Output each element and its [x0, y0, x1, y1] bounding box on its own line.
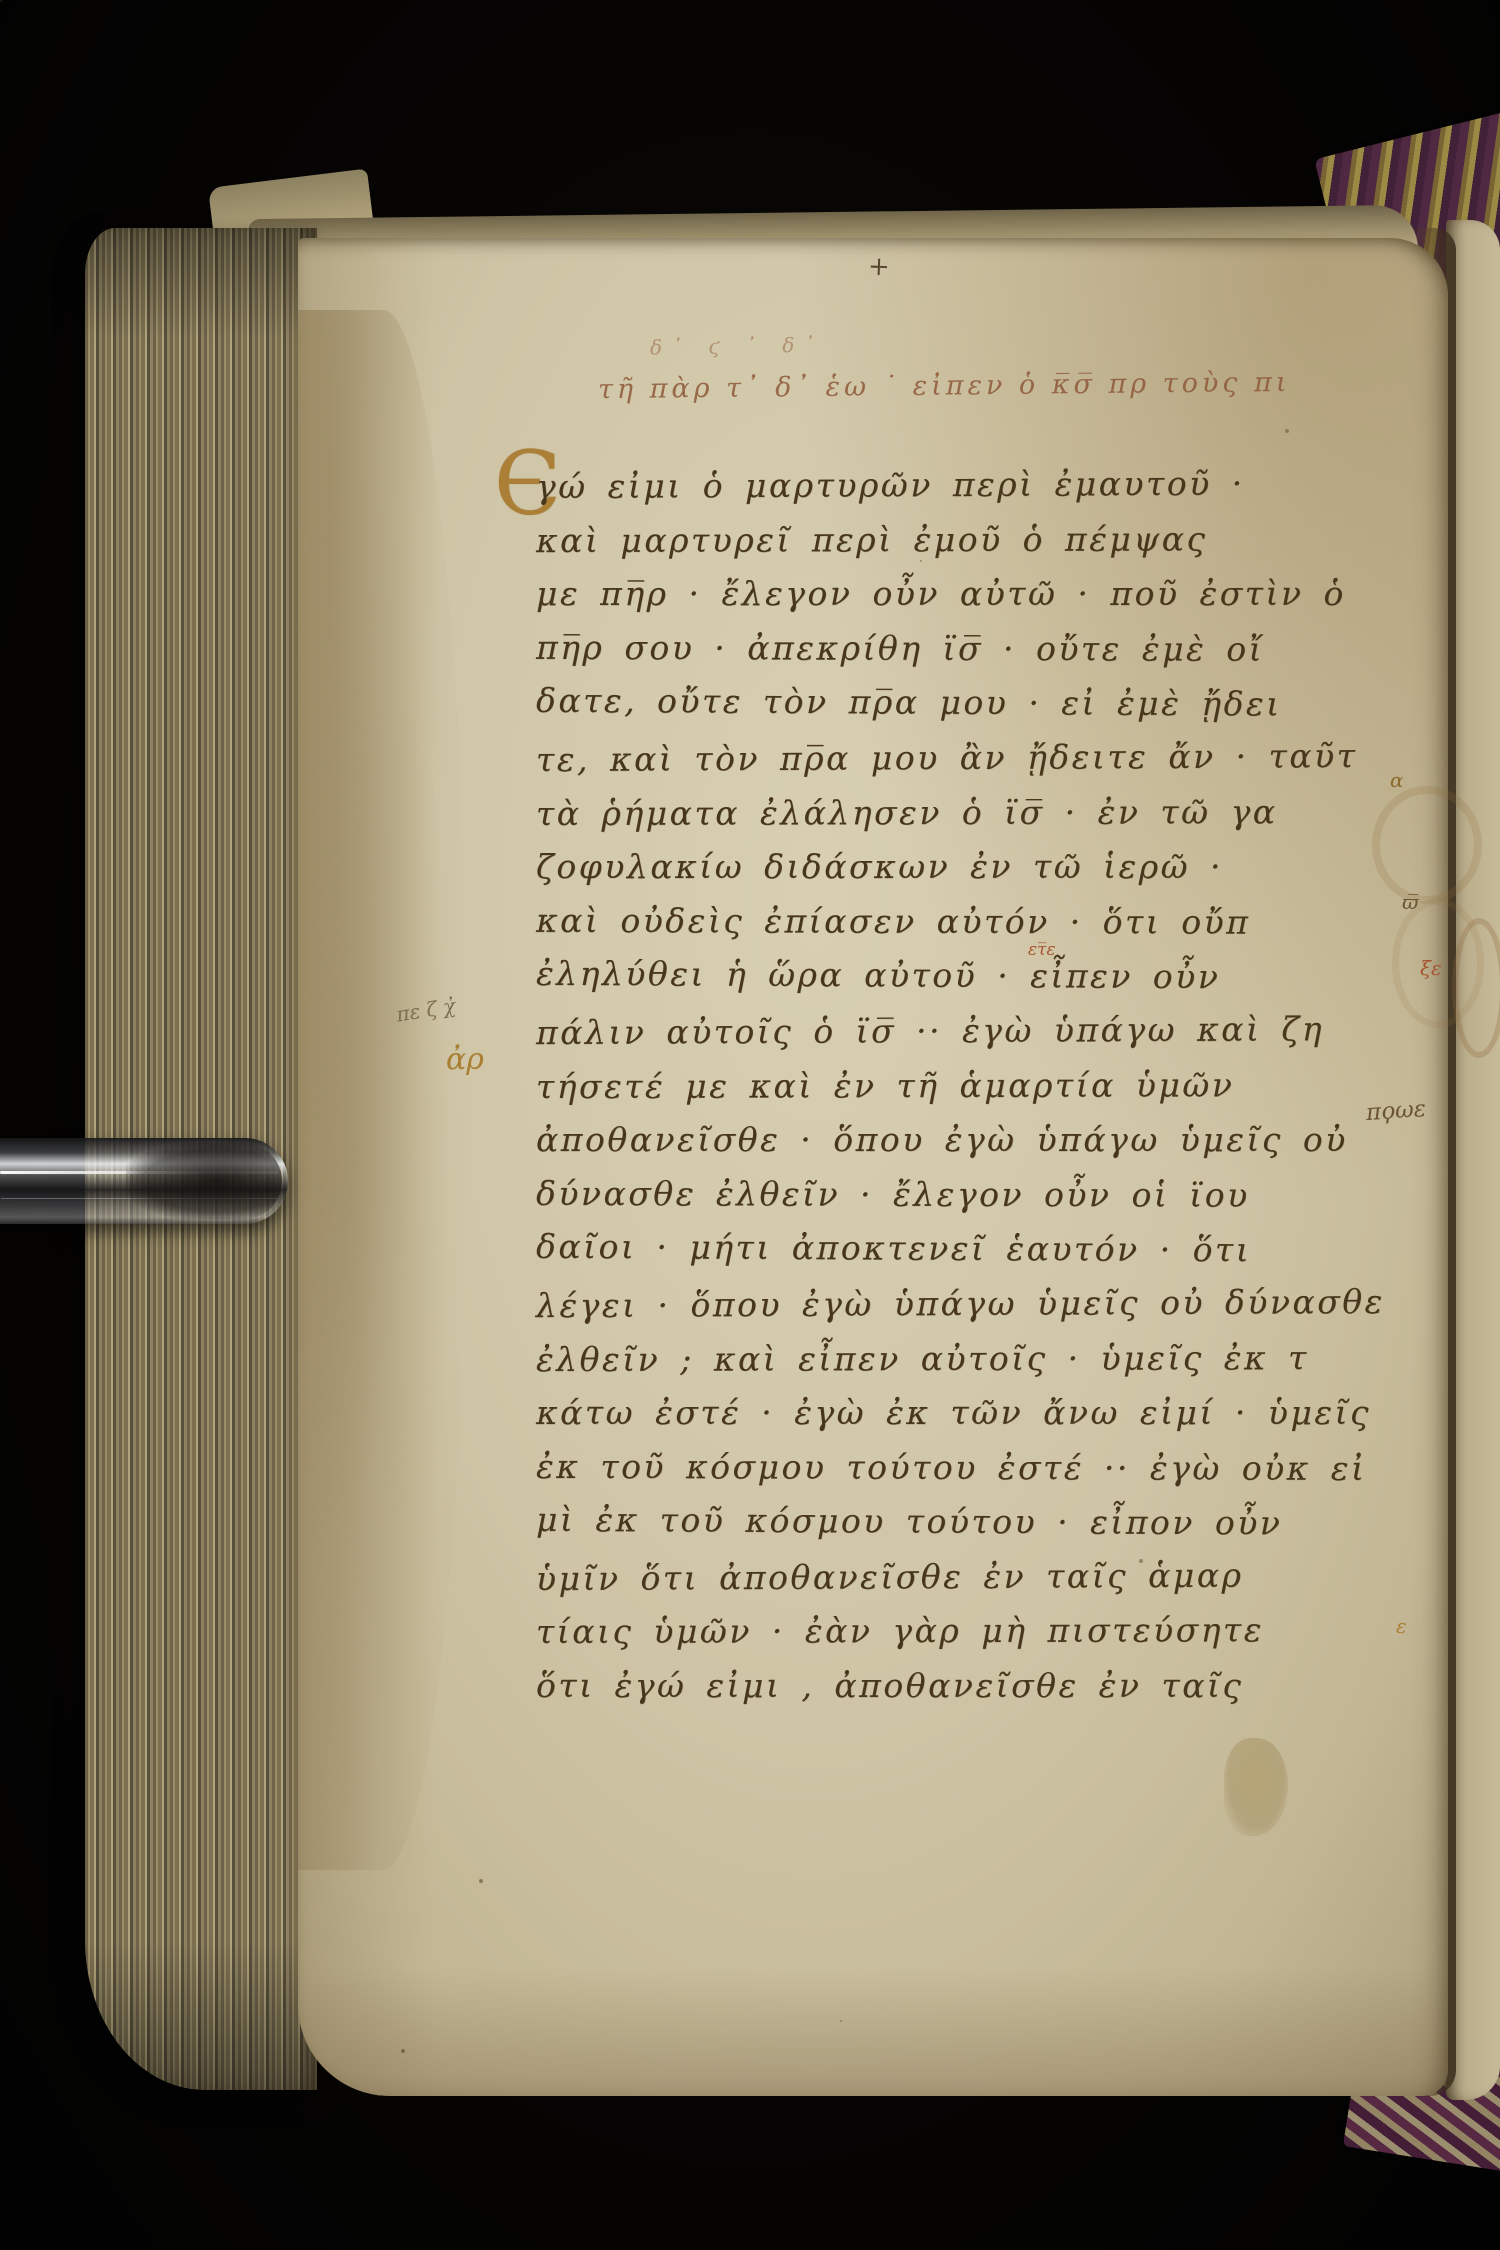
- manuscript-line: τε, καὶ τὸν πρ̅α μου ἂν ᾔδειτε ἄν · ταῦτ: [536, 729, 1420, 788]
- manuscript-text-block: γώ εἰμι ὁ μαρτυρῶν περὶ ἐμαυτοῦ ·καὶ μαρ…: [536, 458, 1420, 1714]
- superscript-letter: α: [1390, 768, 1404, 792]
- manuscript-line: ὅτι ἐγώ εἰμι , ἀποθανεῖσθε ἐν ταῖς: [536, 1659, 1420, 1714]
- photo-background: + δ᾽ ϛ ᾽ δ᾽ τῆ πὰρ τ᾽ δ᾽ ἑω ˙ εἰπεν ὁ κ̅…: [0, 0, 1500, 2250]
- superscript-letter: ε: [1396, 1614, 1407, 1638]
- manuscript-line: τίαις ὑμῶν · ἐὰν γὰρ μὴ πιστεύσητε: [536, 1603, 1420, 1660]
- manuscript-line: δατε, οὔτε τὸν πρ̅α μου · εἰ ἐμὲ ᾔδει: [536, 674, 1420, 733]
- marginal-note-right: πϙωε: [1365, 1096, 1427, 1126]
- marginal-note-right-red: ξε: [1420, 956, 1442, 980]
- manuscript-line: ἐλθεῖν ; καὶ εἶπεν αὐτοῖς · ὑμεῖς ἐκ τ: [536, 1330, 1420, 1387]
- manuscript-line: μὶ ἐκ τοῦ κόσμου τούτου · εἶπον οὖν: [536, 1493, 1420, 1552]
- manuscript-line: ὑμῖν ὅτι ἀποθανεῖσθε ἐν ταῖς ἁμαρ: [536, 1548, 1420, 1607]
- manuscript-line: ἐληλύθει ἡ ὥρα αὐτοῦ · εἶπεν οὖν: [536, 947, 1420, 1006]
- manuscript-line: ζοφυλακίω διδάσκων ἐν τῶ ἱερῶ ·: [536, 840, 1420, 895]
- cross-mark: +: [867, 252, 890, 283]
- manuscript-line: γώ εἰμι ὁ μαρτυρῶν περὶ ἐμαυτοῦ ·: [536, 456, 1420, 515]
- manuscript-line: ἐκ τοῦ κόσμου τούτου ἐστέ ·· ἐγὼ οὐκ εἰ: [536, 1440, 1420, 1497]
- manuscript-line: πάλιν αὐτοῖς ὁ ϊσ̅ ·· ἐγὼ ὑπάγω καὶ ζη: [536, 1002, 1420, 1061]
- interlinear-correction: ετ̅ε: [1028, 940, 1056, 960]
- marginal-note-left-gold: ἀρ: [446, 1042, 484, 1077]
- water-stain-band: [298, 310, 468, 1870]
- rubric-fragments: δ᾽ ϛ ᾽ δ᾽: [650, 332, 825, 359]
- manuscript-line: ἀποθανεῖσθε · ὅπου ἐγὼ ὑπάγω ὑμεῖς οὐ: [536, 1113, 1420, 1168]
- manuscript-line: δαῖοι · μήτι ἀποκτενεῖ ἑαυτόν · ὅτι: [536, 1220, 1420, 1279]
- manuscript-line: πη̅ρ σου · ἀπεκρίθη ϊσ̅ · οὔτε ἐμὲ οἴ: [536, 621, 1420, 678]
- ink-specks: [0, 0, 2, 2]
- superscript-letter: ϖ̅: [1402, 890, 1418, 914]
- manuscript-line: τήσετέ με καὶ ἐν τῆ ἁμαρτία ὑμῶν: [536, 1057, 1420, 1114]
- manuscript-line: με πη̅ρ · ἔλεγον οὖν αὐτῶ · ποῦ ἐστὶν ὁ: [536, 567, 1420, 622]
- glass-page-weight-rod: [0, 1138, 288, 1224]
- manuscript-line: λέγει · ὅπου ἐγὼ ὑπάγω ὑμεῖς οὐ δύνασθε: [536, 1275, 1420, 1334]
- manuscript-line: τὰ ῥήματα ἐλάλησεν ὁ ϊσ̅ · ἐν τῶ γα: [536, 784, 1420, 841]
- manuscript-line: δύνασθε ἐλθεῖν · ἔλεγον οὖν οἱ ϊου: [536, 1167, 1420, 1224]
- manuscript-line: κάτω ἐστέ · ἐγὼ ἐκ τῶν ἄνω εἰμί · ὑμεῖς: [536, 1386, 1420, 1441]
- manuscript-line: καὶ μαρτυρεῖ περὶ ἐμοῦ ὁ πέμψας: [536, 512, 1420, 569]
- ring-stain: [1452, 918, 1500, 1058]
- manuscript-line: καὶ οὐδεὶς ἐπίασεν αὐτόν · ὅτι οὔπ: [536, 894, 1420, 951]
